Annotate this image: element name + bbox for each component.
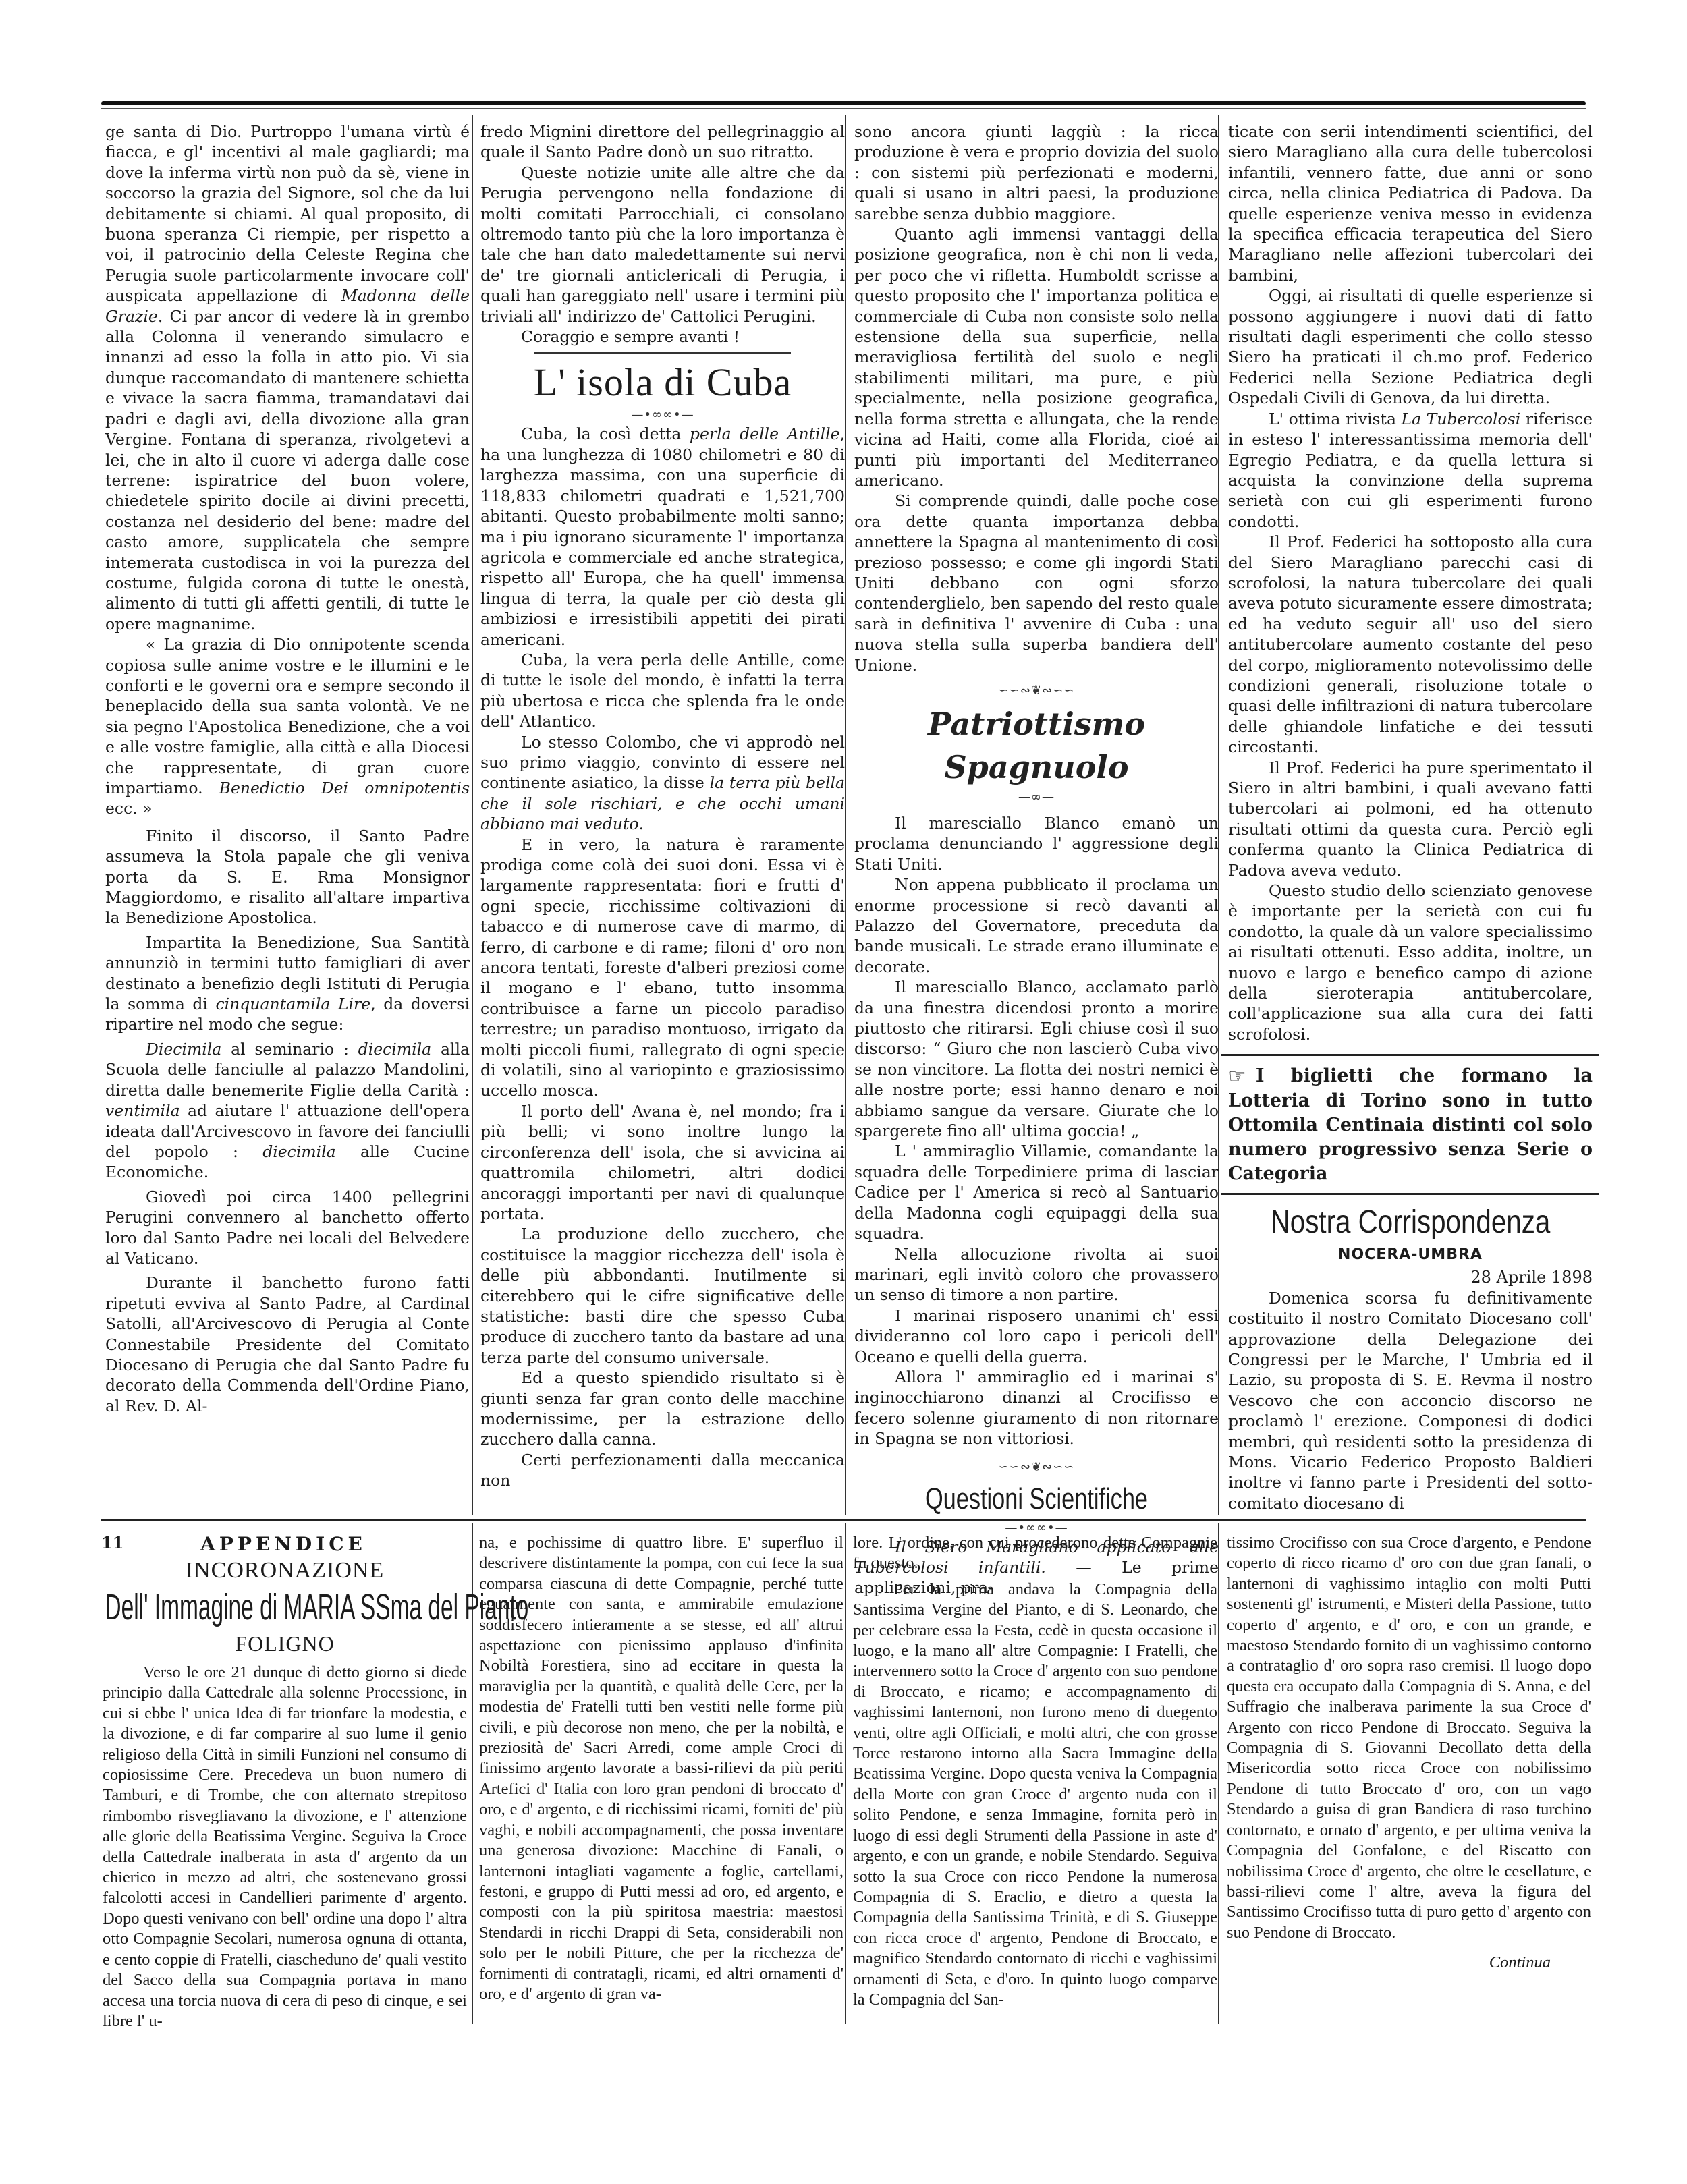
column-divider: [845, 1523, 846, 2024]
ornamental-divider: [480, 352, 845, 354]
paragraph: Finito il discorso, il Santo Padre assum…: [105, 826, 470, 928]
appendice-title-2: Dell' Immagine di MARIA SSma del Pianto: [105, 1586, 464, 1629]
paragraph: L ' ammiraglio Villamie, comandante la s…: [854, 1141, 1219, 1243]
appendice-title-1: INCORONAZIONE: [103, 1556, 467, 1586]
paragraph: Il maresciallo Blanco, acclamato parlò d…: [854, 977, 1219, 1141]
paragraph: tissimo Crocifisso con sua Croce d'argen…: [1227, 1533, 1591, 1943]
paragraph: Per la prima andava la Compagnia della S…: [853, 1579, 1217, 2011]
section-rule: [1221, 1054, 1599, 1056]
column-divider: [1218, 1523, 1219, 2024]
paragraph: I marinai risposero unanimi ch' essi div…: [854, 1306, 1219, 1367]
small-ornament-icon: —∞—: [854, 789, 1219, 806]
appendice-header: 11 APPENDICE: [101, 1533, 466, 1556]
paragraph: La produzione dello zucchero, che costit…: [480, 1224, 845, 1368]
article-title-patriottismo: Patriottismo Spagnuolo: [854, 702, 1219, 789]
paragraph: Verso le ore 21 dunque di detto giorno s…: [103, 1662, 467, 2032]
paragraph: lore. L' ordine, con cui procederono det…: [853, 1533, 1217, 1574]
paragraph: Lo stesso Colombo, che vi approdò nel su…: [480, 732, 845, 835]
top-rule-thin: [101, 108, 1586, 109]
section-title-corrispondenza: Nostra Corrispondenza: [1257, 1202, 1564, 1243]
appendice-label: APPENDICE: [182, 1533, 385, 1555]
column-2: fredo Mignini direttore del pellegrinagg…: [480, 121, 845, 1491]
paragraph: Queste notizie unite alle altre che da P…: [480, 163, 845, 327]
column-3: sono ancora giunti laggiù : la ricca pro…: [854, 121, 1219, 1598]
paragraph: Cuba, la vera perla delle Antille, come …: [480, 650, 845, 732]
scroll-ornament-icon: —•∞∞•—: [480, 406, 845, 424]
paragraph: L' ottima rivista La Tubercolosi riferis…: [1228, 409, 1593, 532]
paragraph-donations: Diecimila al seminario : diecimila alla …: [105, 1039, 470, 1183]
paragraph: na, e pochissime di quattro libre. E' su…: [479, 1533, 843, 2005]
paragraph: Il Prof. Federici ha sottoposto alla cur…: [1228, 532, 1593, 757]
paragraph: Impartita la Benedizione, Sua Santità an…: [105, 932, 470, 1035]
column-divider: [845, 115, 846, 1515]
newspaper-page: ge santa di Dio. Purtroppo l'umana virtù…: [0, 0, 1687, 2184]
paragraph: ticate con serii intendimenti scientific…: [1228, 121, 1593, 285]
paragraph: Giovedì poi circa 1400 pellegrini Perugi…: [105, 1187, 470, 1269]
paragraph: Ed a questo spiendido risultato si è giu…: [480, 1368, 845, 1450]
section-rule: [1221, 1193, 1599, 1195]
pointing-hand-icon: ☞: [1228, 1065, 1246, 1089]
dateline-place: NOCERA-UMBRA: [1228, 1243, 1593, 1266]
lottery-notice: ☞I biglietti che formano la Lotteria di …: [1228, 1064, 1593, 1186]
paragraph: Nella allocuzione rivolta ai suoi marina…: [854, 1244, 1219, 1306]
paragraph: Domenica scorsa fu definitivamente costi…: [1228, 1288, 1593, 1513]
paragraph: Allora l' ammiraglio ed i marinai s' ing…: [854, 1367, 1219, 1449]
paragraph-quote: « La grazia di Dio onnipotente scenda co…: [105, 634, 470, 819]
paragraph: Certi perfezionamenti dalla meccanica no…: [480, 1450, 845, 1491]
column-divider: [472, 115, 473, 1515]
paragraph: Durante il banchetto furono fatti ripetu…: [105, 1272, 470, 1416]
article-title-questioni: Questioni Scientifiche: [894, 1479, 1178, 1519]
paragraph: Coraggio e sempre avanti !: [480, 327, 845, 347]
appendice-title-3: FOLIGNO: [103, 1629, 467, 1658]
paragraph: ge santa di Dio. Purtroppo l'umana virtù…: [105, 121, 470, 634]
appendice-column-3: lore. L' ordine, con cui procederono det…: [853, 1533, 1217, 2010]
paragraph: Il maresciallo Blanco emanò un proclama …: [854, 813, 1219, 874]
paragraph: Il porto dell' Avana è, nel mondo; fra i…: [480, 1101, 845, 1224]
paragraph: Questo studio dello scienziato genovese …: [1228, 880, 1593, 1044]
scroll-ornament-icon: ∽∽∾❦∾∽∽: [854, 682, 1219, 700]
dateline-date: 28 Aprile 1898: [1228, 1266, 1593, 1288]
paragraph: Il Prof. Federici ha pure sperimentato i…: [1228, 758, 1593, 880]
paragraph: E in vero, la natura è raramente prodiga…: [480, 835, 845, 1101]
column-4: ticate con serii intendimenti scientific…: [1228, 121, 1593, 1513]
paragraph: sono ancora giunti laggiù : la ricca pro…: [854, 121, 1219, 224]
continued-label: Continua: [1227, 1953, 1591, 1973]
paragraph: fredo Mignini direttore del pellegrinagg…: [480, 121, 845, 163]
appendice-column-2: na, e pochissime di quattro libre. E' su…: [479, 1533, 843, 2005]
paragraph: Non appena pubblicato il proclama un eno…: [854, 874, 1219, 977]
paragraph: Oggi, ai risultati di quelle esperienze …: [1228, 285, 1593, 408]
column-1: ge santa di Dio. Purtroppo l'umana virtù…: [105, 121, 470, 1416]
top-rule: [101, 101, 1586, 105]
scroll-ornament-icon: ∽∽∾❦∾∽∽: [854, 1459, 1219, 1476]
paragraph: Quanto agli immensi vantaggi della posiz…: [854, 224, 1219, 491]
paragraph: Si comprende quindi, dalle poche cose or…: [854, 491, 1219, 675]
installment-number: 11: [101, 1533, 123, 1552]
article-title-cuba: L' isola di Cuba: [480, 359, 845, 406]
appendice-column-4: tissimo Crocifisso con sua Croce d'argen…: [1227, 1533, 1591, 1973]
appendice-top-rule: [101, 1519, 1586, 1521]
paragraph: Cuba, la così detta perla delle Antille,…: [480, 424, 845, 649]
appendice-column-1: INCORONAZIONE Dell' Immagine di MARIA SS…: [103, 1556, 467, 2032]
